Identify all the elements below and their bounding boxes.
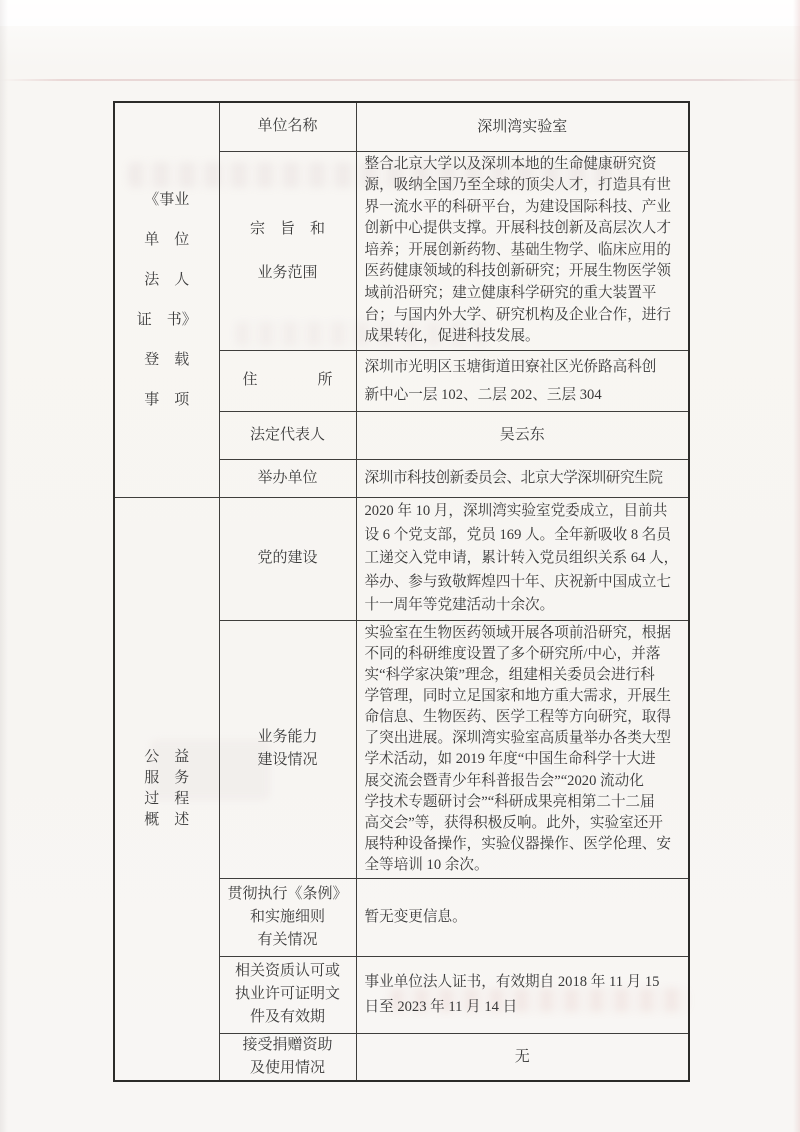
field-value-capability-building: 实验室在生物医药领域开展各项前沿研究，根据 不同的科研维度设置了多个研究所/中心… [356, 620, 689, 878]
field-label-purpose-and-scope: 宗 旨 和 业务范围 [219, 151, 356, 350]
field-value-address: 深圳市光明区玉塘街道田寮社区光侨路高科创 新中心一层 102、二层 202、三层… [356, 350, 689, 411]
field-value-organizer: 深圳市科技创新委员会、北京大学深圳研究生院 [356, 459, 689, 497]
scan-left-edge-shadow [0, 0, 8, 1132]
field-value-purpose-and-scope: 整合北京大学以及深圳本地的生命健康研究资 源，吸纳全国乃至全球的顶尖人才，打造具… [356, 151, 689, 350]
section-label-certificate-registered-items: 《事业 单 位 法 人 证 书》 登 载 事 项 [114, 102, 219, 497]
scan-fold-line [0, 79, 800, 81]
scan-edge-artifact [0, 0, 800, 26]
field-value-regulation-implementation: 暂无变更信息。 [356, 878, 689, 956]
field-value-qualification-certificates: 事业单位法人证书，有效期自 2018 年 11 月 15 日至 2023 年 1… [356, 956, 689, 1033]
scanned-document-page: 《事业 单 位 法 人 证 书》 登 载 事 项 单位名称 深圳湾实验室 宗 旨… [0, 0, 800, 1132]
field-label-party-building: 党的建设 [219, 497, 356, 620]
field-label-legal-representative: 法定代表人 [219, 411, 356, 459]
field-label-donations: 接受捐赠资助 及使用情况 [219, 1033, 356, 1081]
field-label-address: 住 所 [219, 350, 356, 411]
field-label-regulation-implementation: 贯彻执行《条例》 和实施细则 有关情况 [219, 878, 356, 956]
field-label-unit-name: 单位名称 [219, 102, 356, 151]
field-value-legal-representative: 吴云东 [356, 411, 689, 459]
scan-right-edge-tint [793, 0, 800, 1132]
field-label-qualification-certificates: 相关资质认可或 执业许可证明文 件及有效期 [219, 956, 356, 1033]
field-label-organizer: 举办单位 [219, 459, 356, 497]
field-value-unit-name: 深圳湾实验室 [356, 102, 689, 151]
section-label-public-service-overview: 公 益 服 务 过 程 概 述 [114, 497, 219, 1081]
institution-report-table: 《事业 单 位 法 人 证 书》 登 载 事 项 单位名称 深圳湾实验室 宗 旨… [113, 101, 690, 1082]
field-value-party-building: 2020 年 10 月，深圳湾实验室党委成立，目前共 设 6 个党支部，党员 1… [356, 497, 689, 620]
field-value-donations: 无 [356, 1033, 689, 1081]
field-label-capability-building: 业务能力 建设情况 [219, 620, 356, 878]
